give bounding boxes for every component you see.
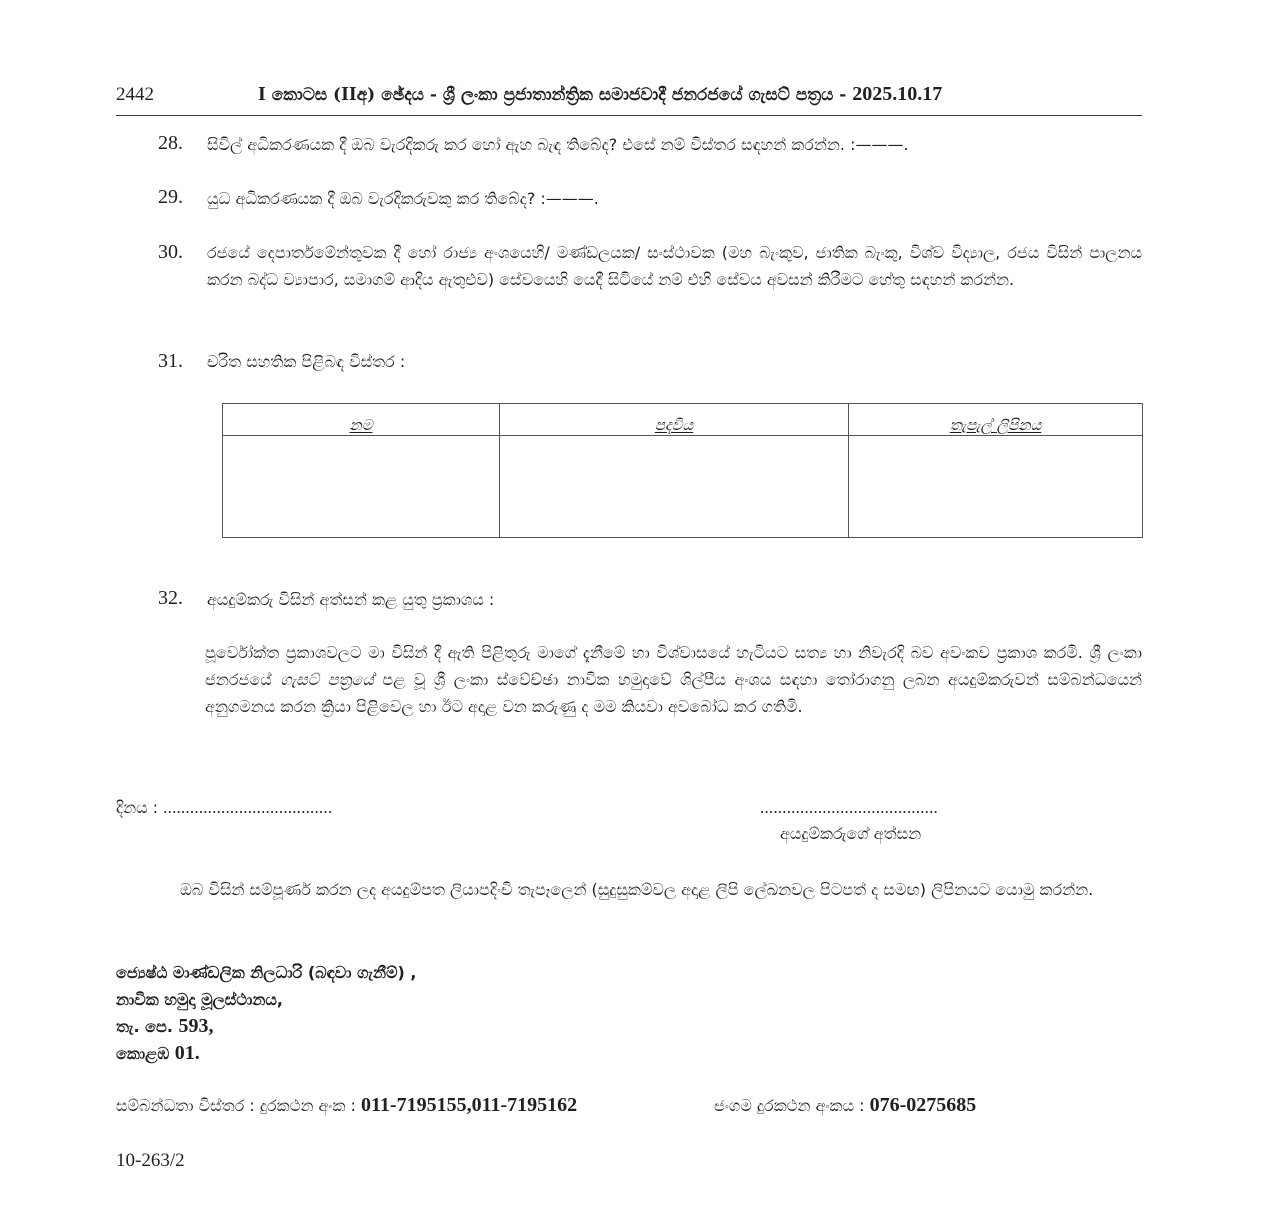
column-header-postal-address: තැපැල් ලිපිනය — [849, 404, 1143, 436]
question-28-number: 28. — [158, 132, 183, 155]
date-field[interactable]: දිනය : .................................… — [116, 798, 332, 818]
table-row — [223, 436, 1143, 538]
question-31-text: චරිත සහතික පිළිබඳ විස්තර : — [207, 348, 405, 375]
postal-address-cell[interactable] — [849, 436, 1143, 538]
signature-blank-line[interactable]: ........................................ — [760, 798, 938, 818]
date-blank-line[interactable]: ...................................... — [163, 798, 332, 817]
address-line-4-prefix: කොළඹ — [116, 1044, 175, 1063]
question-32-number: 32. — [158, 587, 183, 610]
gazette-header-title: I කොටස (IIඅ) ඡේදය - ශ්‍රී ලංකා ප්‍රජාතාන… — [258, 83, 942, 106]
question-29-text: යුධ අධිකරණයක දී ඔබ වැරදිකරුවකු කර තිබේද?… — [207, 185, 599, 212]
designation-cell[interactable] — [500, 436, 849, 538]
column-header-name: නම — [223, 404, 500, 436]
question-30-number: 30. — [158, 241, 183, 264]
question-32-text: අයදුම්කරු විසින් අත්සන් කළ යුතු ප්‍රකාශය… — [207, 586, 494, 613]
po-box-number: 593, — [178, 1015, 213, 1037]
submission-instruction: ඔබ විසින් සම්පූර්ණ කරන ලද අයදුම්පත ලියාප… — [180, 876, 1142, 904]
date-label: දිනය : — [116, 798, 163, 817]
question-30-text: රජයේ දෙපාර්තමේන්තුවක දී හෝ රාජ්‍ය අංශයෙහ… — [207, 239, 1142, 293]
referee-details-table: නම පදවිය තැපැල් ලිපිනය — [222, 403, 1143, 538]
mobile-label: ජංගම දුරකථන අංකය : — [714, 1096, 870, 1115]
title-part-1: කොටස ( — [266, 85, 341, 105]
page-number: 2442 — [116, 84, 154, 106]
question-29-number: 29. — [158, 186, 183, 209]
column-header-designation: පදවිය — [500, 404, 849, 436]
part-section: II — [341, 83, 357, 105]
question-31-number: 31. — [158, 350, 183, 373]
declaration-gazette-italic: ගැසට් පත්‍රයේ — [280, 670, 374, 689]
declaration-paragraph: පූර්වෝක්ත ප්‍රකාශවලට මා විසින් දී ඇති පි… — [205, 639, 1142, 720]
address-line-2: නාවික හමුදා මූලස්ථානය, — [116, 986, 416, 1013]
part-prefix: I — [258, 83, 266, 105]
phone-numbers: 011-7195155,011-7195162 — [361, 1094, 577, 1116]
question-28-text: සිවිල් අධිකරණයක දී ඔබ වැරදිකරු කර හෝ ඇහ … — [207, 131, 909, 158]
name-cell[interactable] — [223, 436, 500, 538]
contact-label: සම්බන්ධතා විස්තර : දුරකථන අංක : — [116, 1096, 361, 1115]
title-part-2: අ) ඡේදය - ශ්‍රී ලංකා ප්‍රජාතාන්ත්‍රික සම… — [357, 85, 853, 105]
address-line-3: තැ. පෙ. 593, — [116, 1013, 416, 1040]
contact-phones: සම්බන්ධතා විස්තර : දුරකථන අංක : 011-7195… — [116, 1094, 577, 1117]
contact-mobile: ජංගම දුරකථන අංකය : 076-0275685 — [714, 1094, 976, 1117]
city-number: 01. — [175, 1042, 200, 1064]
address-line-1: ජ්‍යෙෂ්ඨ මාණ්ඩලික නිලධාරි (බඳවා ගැනීම්) … — [116, 959, 416, 986]
footer-reference-code: 10-263/2 — [116, 1150, 185, 1172]
table-header-row: නම පදවිය තැපැල් ලිපිනය — [223, 404, 1143, 436]
postal-address-block: ජ්‍යෙෂ්ඨ මාණ්ඩලික නිලධාරි (බඳවා ගැනීම්) … — [116, 959, 416, 1067]
header-divider — [116, 115, 1142, 116]
gazette-date: 2025.10.17 — [852, 83, 942, 105]
signature-label: අයදුම්කරුගේ අත්සන — [780, 824, 921, 844]
address-line-4: කොළඹ 01. — [116, 1040, 416, 1067]
address-line-3-prefix: තැ. පෙ. — [116, 1017, 178, 1036]
mobile-number: 076-0275685 — [870, 1094, 977, 1116]
